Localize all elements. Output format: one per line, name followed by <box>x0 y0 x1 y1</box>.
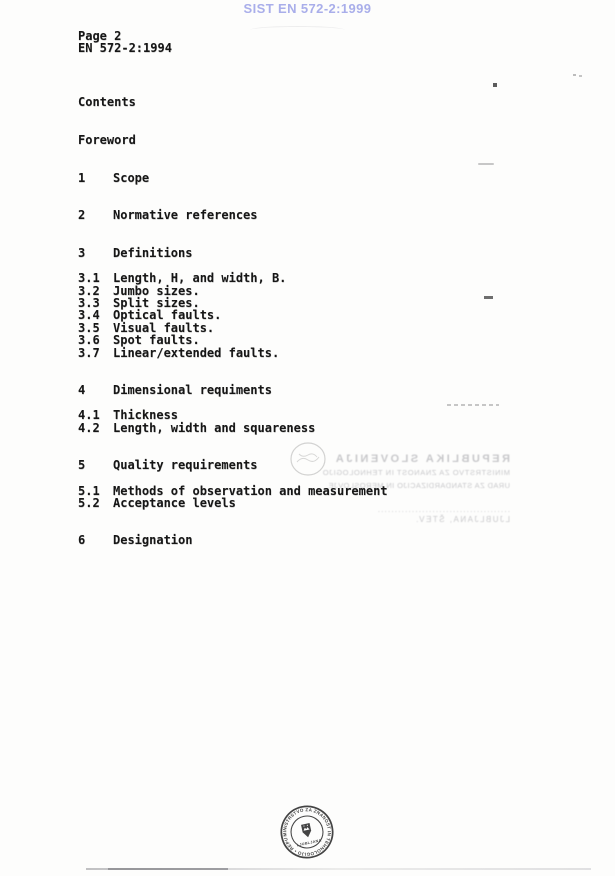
toc-number: 5.2 <box>78 497 113 509</box>
toc-number: 3.1 <box>78 272 113 284</box>
toc-label: Designation <box>113 534 498 546</box>
stamp-line: LJUBLJANA, ŠTEV. <box>232 515 510 524</box>
toc-row: 3.6 Spot faults. <box>78 334 498 346</box>
scan-speck <box>573 74 576 76</box>
toc-number: 4.2 <box>78 422 113 434</box>
toc-number: 6 <box>78 534 113 546</box>
toc-number: 4 <box>78 384 113 396</box>
foreword-heading: Foreword <box>78 134 136 146</box>
scan-speck <box>493 83 497 87</box>
toc-label: Definitions <box>113 247 498 259</box>
toc-label: Optical faults. <box>113 309 498 321</box>
toc-number: 4.1 <box>78 409 113 421</box>
sist-watermark: SIST EN 572-2:1999 <box>0 1 615 16</box>
contents-heading: Contents <box>78 96 136 108</box>
toc-row: 3.1 Length, H, and width, B. <box>78 272 498 284</box>
toc-row: 1 Scope <box>78 172 498 184</box>
toc-label: Length, H, and width, B. <box>113 272 498 284</box>
stamp-line: URAD ZA STANDARDIZACIJO IN MEROSLOVJE <box>232 481 510 490</box>
toc-number: 5 <box>78 459 113 471</box>
toc-label: Spot faults. <box>113 334 498 346</box>
toc-row: 3.7 Linear/extended faults. <box>78 347 498 359</box>
standard-reference: EN 572-2:1994 <box>78 42 172 54</box>
stamp-bottom-text: LJUBLJANA <box>297 838 322 847</box>
toc-row: 2 Normative references <box>78 209 498 221</box>
scan-speck <box>447 404 499 406</box>
toc-number: 3.4 <box>78 309 113 321</box>
toc-row: 6 Designation <box>78 534 498 546</box>
toc-label: Normative references <box>113 209 498 221</box>
bleed-through-stamp: REPUBLIKA SLOVENIJA MINISTRSTVO ZA ZNANO… <box>232 453 510 524</box>
toc-label: Linear/extended faults. <box>113 347 498 359</box>
toc-row: 4 Dimensional requiments <box>78 384 498 396</box>
toc-label: Dimensional requiments <box>113 384 498 396</box>
toc-number: 3.6 <box>78 334 113 346</box>
stamp-line: MINISTRSTVO ZA ZNANOST IN TEHNOLOGIJO <box>232 468 510 477</box>
toc-number: 2 <box>78 209 113 221</box>
stamp-dotted-line: ....................................... <box>232 505 510 514</box>
toc-number: 3.7 <box>78 347 113 359</box>
toc-number: 1 <box>78 172 113 184</box>
toc-number: 3 <box>78 247 113 259</box>
ministry-round-stamp: MINISTRSTVO ZA ZNANOST IN TEHNOLOGIJO • … <box>272 797 343 866</box>
toc-row: 4.2 Length, width and squareness <box>78 422 498 434</box>
scan-speck <box>484 296 493 299</box>
toc-label: Length, width and squareness <box>113 422 498 434</box>
bottom-scan-line-dark <box>108 868 228 870</box>
scan-smudge <box>250 26 345 34</box>
toc-label: Scope <box>113 172 498 184</box>
toc-label: Thickness <box>113 409 498 421</box>
toc-row: 4.1 Thickness <box>78 409 498 421</box>
stamp-line: REPUBLIKA SLOVENIJA <box>232 453 510 465</box>
scanned-document-page: SIST EN 572-2:1999 Page 2 EN 572-2:1994 … <box>0 0 615 876</box>
coat-of-arms-icon <box>301 823 312 838</box>
page-header: Page 2 EN 572-2:1994 <box>78 30 172 55</box>
scan-speck <box>478 163 494 165</box>
toc-row: 3.4 Optical faults. <box>78 309 498 321</box>
toc-row: 3 Definitions <box>78 247 498 259</box>
